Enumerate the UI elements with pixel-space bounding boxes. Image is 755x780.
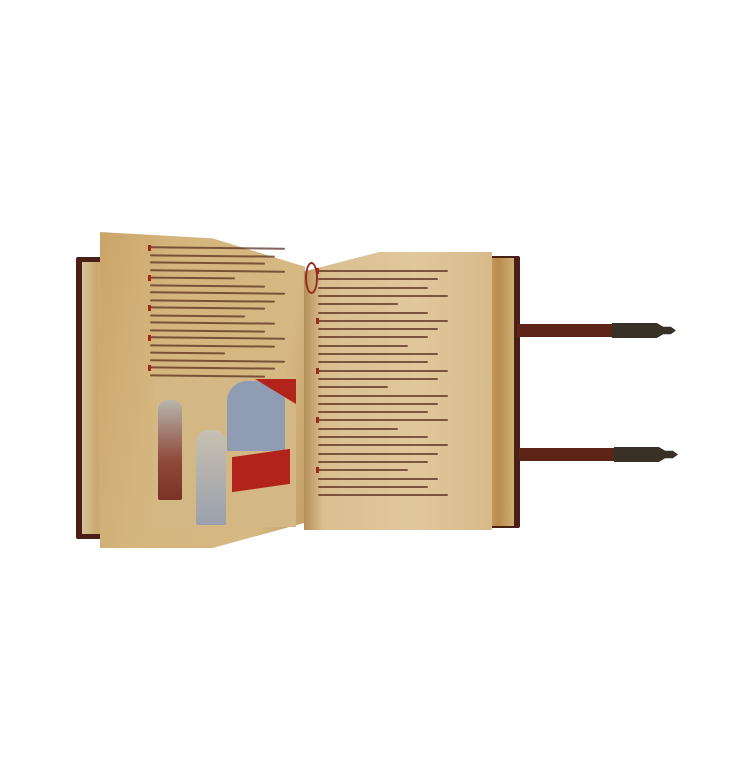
script-line	[318, 444, 448, 446]
script-line	[318, 370, 448, 372]
rubric-mark	[316, 268, 319, 274]
script-line	[318, 378, 438, 380]
script-line	[318, 411, 428, 413]
script-line	[150, 314, 245, 317]
script-line	[318, 328, 438, 330]
rubric-mark	[148, 305, 151, 311]
script-line	[318, 386, 388, 388]
script-line	[318, 287, 428, 289]
rubric-mark	[316, 318, 319, 324]
clasp-metal-upper	[612, 323, 676, 338]
clasp-strap-lower	[519, 448, 617, 461]
script-line	[318, 419, 448, 421]
right-page	[304, 252, 492, 530]
script-line	[318, 453, 438, 455]
illustration-figure-center	[196, 430, 226, 525]
red-initial-letter	[305, 262, 318, 294]
script-line	[318, 486, 428, 488]
script-line	[318, 270, 448, 272]
script-line	[318, 295, 448, 297]
rubric-mark	[316, 467, 319, 473]
script-line	[318, 278, 438, 280]
rubric-mark	[148, 275, 151, 281]
script-line	[318, 361, 428, 363]
script-line	[318, 312, 428, 314]
rubric-mark	[148, 245, 151, 251]
script-line	[318, 469, 408, 471]
script-line	[318, 353, 438, 355]
script-line	[318, 345, 408, 347]
clasp-strap-upper	[517, 324, 615, 337]
script-line	[318, 303, 398, 305]
illustration-figure-left	[158, 400, 182, 500]
script-line	[318, 436, 428, 438]
script-line	[318, 428, 398, 430]
rubric-mark	[316, 417, 319, 423]
script-line	[318, 461, 428, 463]
script-line	[318, 478, 438, 480]
clasp-metal-lower	[614, 447, 678, 462]
rubric-mark	[316, 368, 319, 374]
script-line	[318, 494, 448, 496]
rubric-mark	[148, 335, 151, 341]
rubric-mark	[148, 365, 151, 371]
script-line	[318, 336, 428, 338]
script-line	[318, 320, 448, 322]
script-line	[318, 395, 448, 397]
script-line	[318, 403, 438, 405]
